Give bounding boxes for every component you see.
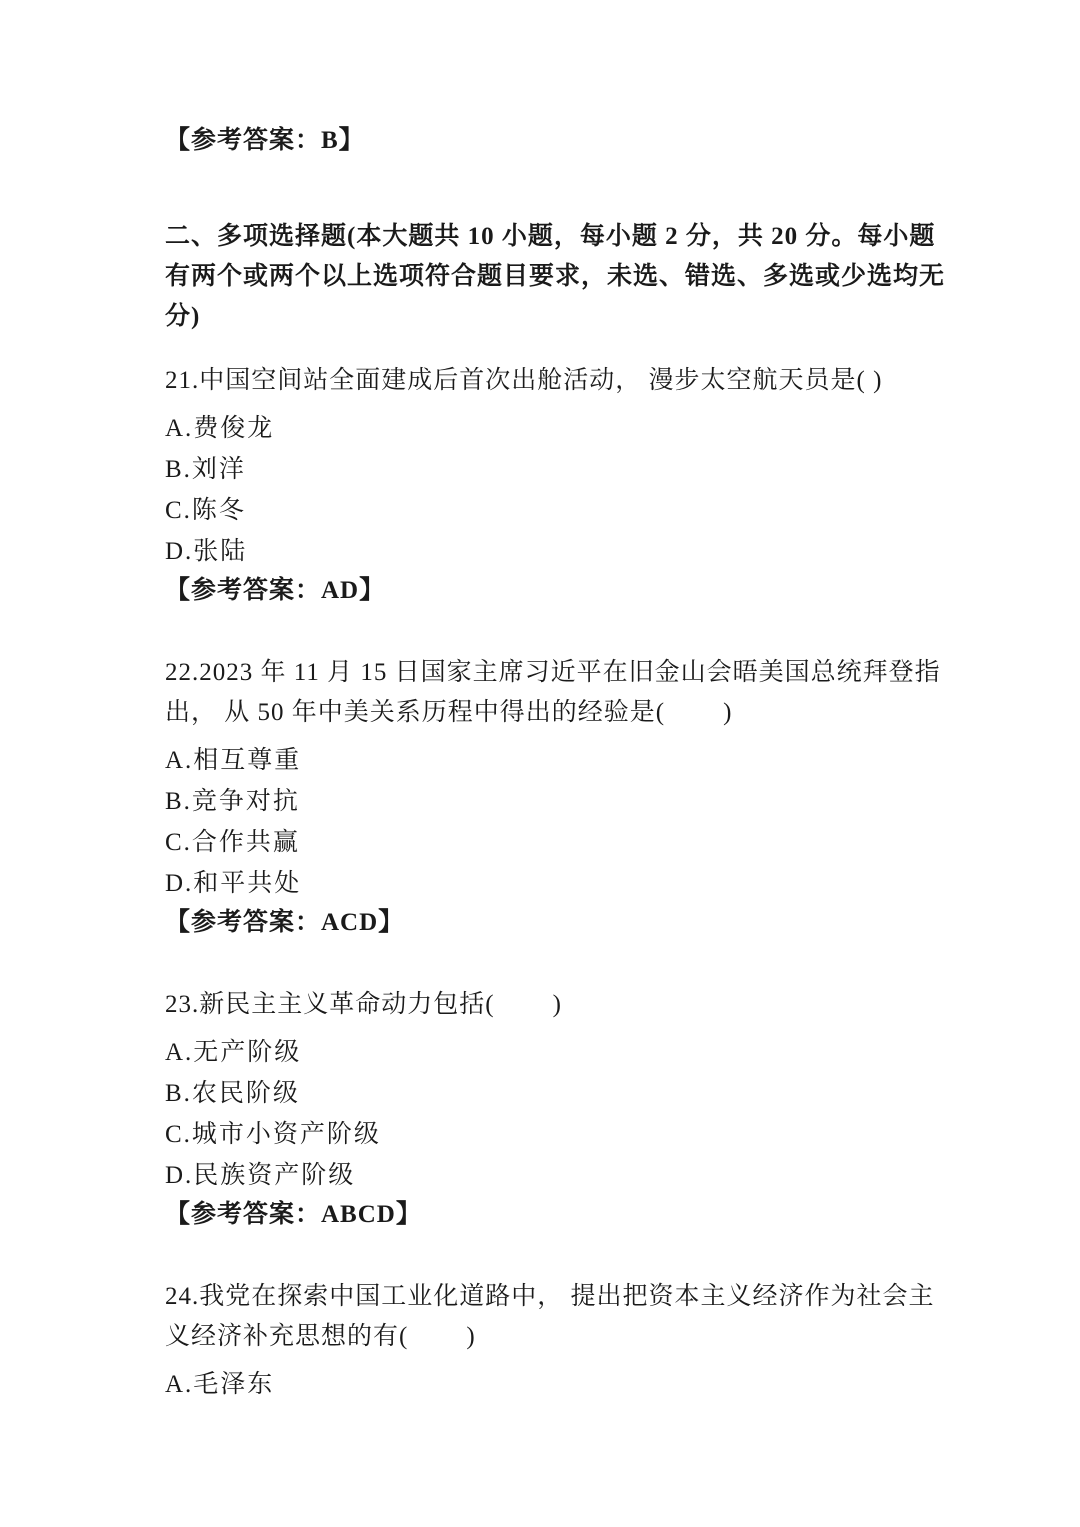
reference-answer: 【参考答案：B】 — [165, 127, 915, 155]
section-heading-line: 分) — [165, 297, 915, 337]
section-heading-line: 有两个或两个以上选项符合题目要求，未选、错选、多选或少选均无 — [165, 257, 915, 297]
option-d: D.张陆 — [165, 538, 915, 565]
option-d: D.民族资产阶级 — [165, 1162, 915, 1189]
option-a: A.毛泽东 — [165, 1371, 915, 1398]
question-text: 24.我党在探索中国工业化道路中， 提出把资本主义经济作为社会主 义经济补充思想… — [165, 1277, 915, 1357]
question-text: 23.新民主主义革命动力包括( ) — [165, 985, 915, 1025]
question-text-line: 23.新民主主义革命动力包括( ) — [165, 985, 915, 1025]
question-text-line: 出， 从 50 年中美关系历程中得出的经验是( ) — [165, 693, 915, 733]
option-c: C.城市小资产阶级 — [165, 1121, 915, 1148]
section-heading: 二、多项选择题(本大题共 10 小题，每小题 2 分，共 20 分。每小题 有两… — [165, 217, 915, 337]
question-22: 22.2023 年 11 月 15 日国家主席习近平在旧金山会晤美国总统拜登指 … — [165, 653, 915, 937]
option-b: B.竞争对抗 — [165, 788, 915, 815]
question-24: 24.我党在探索中国工业化道路中， 提出把资本主义经济作为社会主 义经济补充思想… — [165, 1277, 915, 1398]
reference-answer: 【参考答案：ABCD】 — [165, 1201, 915, 1229]
document-page: 【参考答案：B】 二、多项选择题(本大题共 10 小题，每小题 2 分，共 20… — [0, 0, 1080, 1398]
question-text-line: 义经济补充思想的有( ) — [165, 1317, 915, 1357]
question-text: 22.2023 年 11 月 15 日国家主席习近平在旧金山会晤美国总统拜登指 … — [165, 653, 915, 733]
question-text-line: 21.中国空间站全面建成后首次出舱活动， 漫步太空航天员是( ) — [165, 361, 915, 401]
option-b: B.农民阶级 — [165, 1080, 915, 1107]
question-21: 21.中国空间站全面建成后首次出舱活动， 漫步太空航天员是( ) A.费俊龙 B… — [165, 361, 915, 605]
option-a: A.相互尊重 — [165, 747, 915, 774]
reference-answer: 【参考答案：ACD】 — [165, 909, 915, 937]
option-c: C.合作共赢 — [165, 829, 915, 856]
reference-answer: 【参考答案：AD】 — [165, 577, 915, 605]
option-d: D.和平共处 — [165, 870, 915, 897]
question-text: 21.中国空间站全面建成后首次出舱活动， 漫步太空航天员是( ) — [165, 361, 915, 401]
section-heading-line: 二、多项选择题(本大题共 10 小题，每小题 2 分，共 20 分。每小题 — [165, 217, 915, 257]
question-text-line: 24.我党在探索中国工业化道路中， 提出把资本主义经济作为社会主 — [165, 1277, 915, 1317]
option-a: A.费俊龙 — [165, 415, 915, 442]
question-text-line: 22.2023 年 11 月 15 日国家主席习近平在旧金山会晤美国总统拜登指 — [165, 653, 915, 693]
option-c: C.陈冬 — [165, 497, 915, 524]
question-23: 23.新民主主义革命动力包括( ) A.无产阶级 B.农民阶级 C.城市小资产阶… — [165, 985, 915, 1229]
option-b: B.刘洋 — [165, 456, 915, 483]
option-a: A.无产阶级 — [165, 1039, 915, 1066]
